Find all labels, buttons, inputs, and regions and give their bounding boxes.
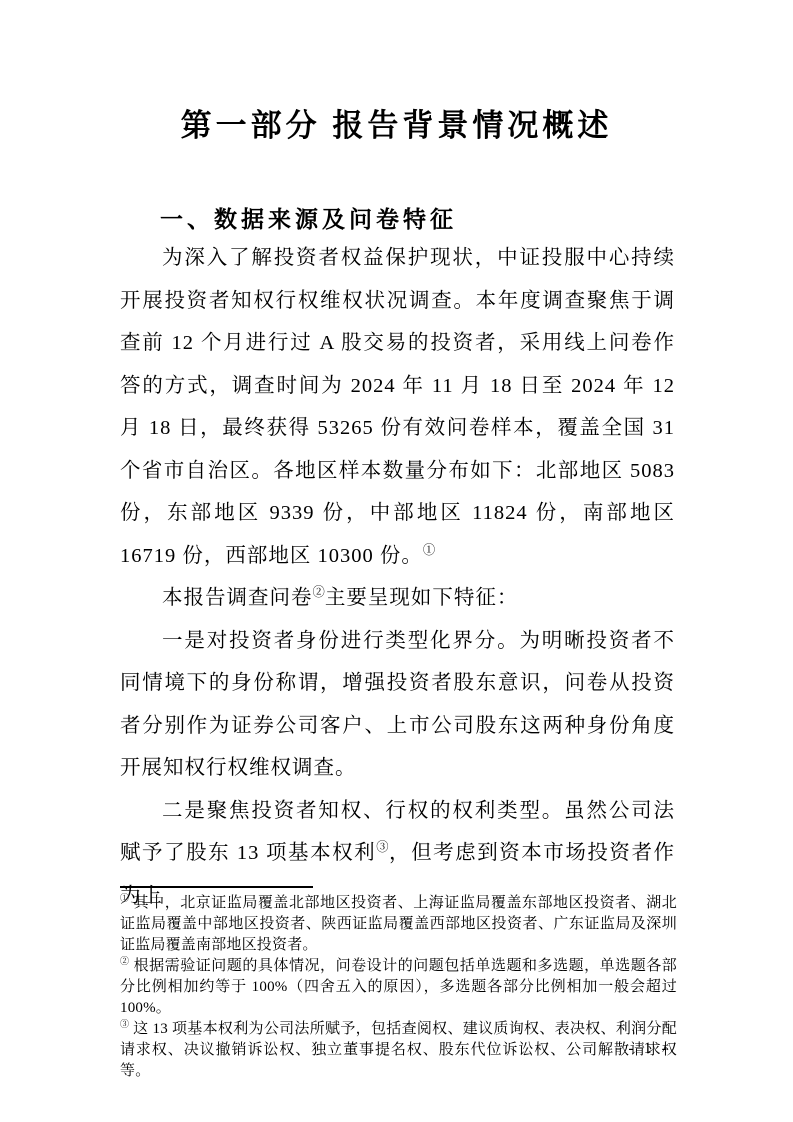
paragraph-questionnaire-features-intro: 本报告调查问卷②主要呈现如下特征： bbox=[120, 577, 675, 620]
document-page: 第一部分 报告背景情况概述 一、数据来源及问卷特征 为深入了解投资者权益保护现状… bbox=[0, 0, 793, 1122]
footnote-area: ① 其中，北京证监局覆盖北部地区投资者、上海证监局覆盖东部地区投资者、湖北证监局… bbox=[120, 886, 677, 1082]
footnote-3: ③ 这 13 项基本权利为公司法所赋予，包括查阅权、建议质询权、表决权、利润分配… bbox=[120, 1019, 677, 1082]
page-title: 第一部分 报告背景情况概述 bbox=[0, 100, 793, 145]
footnote-separator-line bbox=[120, 886, 313, 888]
section-heading: 一、数据来源及问卷特征 bbox=[160, 201, 457, 234]
paragraph-feature-one: 一是对投资者身份进行类型化界分。为明晰投资者不同情境下的身份称谓，增强投资者股东… bbox=[120, 620, 675, 790]
page-number: - 1 - bbox=[628, 1040, 670, 1058]
paragraph-data-source: 为深入了解投资者权益保护现状，中证投服中心持续开展投资者知权行权维权状况调查。本… bbox=[120, 237, 675, 577]
footnote-1: ① 其中，北京证监局覆盖北部地区投资者、上海证监局覆盖东部地区投资者、湖北证监局… bbox=[120, 893, 677, 956]
footnote-2: ② 根据需验证问题的具体情况，问卷设计的问题包括单选题和多选题，单选题各部分比例… bbox=[120, 956, 677, 1019]
body-paragraphs: 为深入了解投资者权益保护现状，中证投服中心持续开展投资者知权行权维权状况调查。本… bbox=[120, 237, 675, 917]
